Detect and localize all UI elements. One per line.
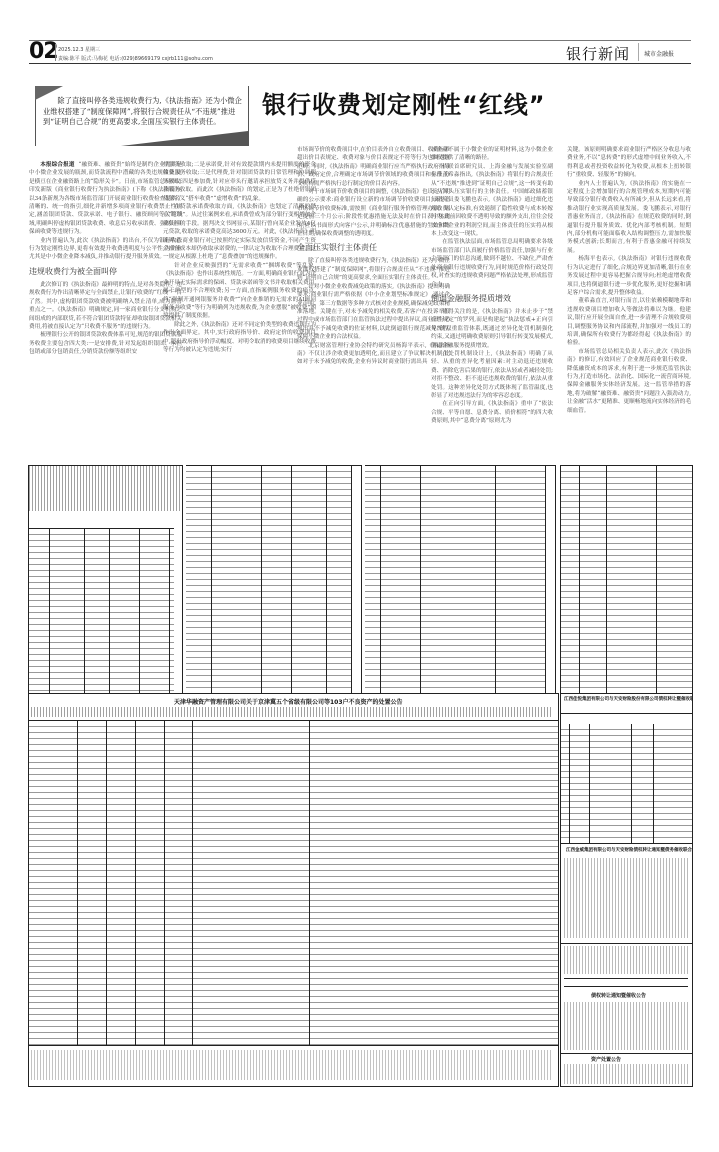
paragraph: 排服务收取;二是承诺费,针对有效提款期内未提用额度的资金储备服务收取;三是代理费… bbox=[163, 161, 316, 203]
article-headline: 银行收费划定刚性“红线” bbox=[262, 85, 546, 120]
byline: 本报综合报道 bbox=[40, 162, 74, 168]
notice-table bbox=[561, 724, 692, 844]
article-column-2: 排服务收取;二是承诺费,针对有效提款期内未提用额度的资金储备服务收取;三是代理费… bbox=[163, 161, 316, 354]
editor-credits: 责编:陈平 版式:马梅花 电话:(029)89669179 cxjrb111@s… bbox=[58, 55, 213, 62]
lead-summary: 除了直接叫停各类违规收费行为,《执法指南》还为小微企业维权搭建了“制度保障网”,… bbox=[43, 96, 243, 128]
paragraph: 在贷款承诺费收取方面,《执法指南》也划定了清晰的禁止“红线”。从过往案例来看,承… bbox=[163, 203, 316, 262]
right-notice-4: 资产处置公告 bbox=[560, 1053, 693, 1087]
paragraph: 在处罚机制设计上,《执法指南》明确了从轻、从重的差异化考量因素:对主动退还违规收… bbox=[431, 350, 553, 400]
paragraph: 此次修订的《执法指南》最鲜明的特点,是对各类隐性、违规收费行为作出清晰界定与全面… bbox=[29, 281, 182, 331]
legal-notice-block-2 bbox=[186, 465, 362, 695]
masthead-separator bbox=[55, 44, 56, 61]
section-title: 银行新闻 bbox=[566, 43, 630, 64]
paragraph: 值得关注的是,《执法指南》并未止步于“禁止性规定”的罗列,而是构建起“执法惩戒+… bbox=[431, 308, 553, 350]
notice-table bbox=[561, 466, 692, 694]
notice-table bbox=[29, 720, 558, 1046]
paragraph: 市场调节价的收费项目中,在价目表外自立收费项目、收费标准超出价目表规定、收费对象… bbox=[297, 146, 450, 188]
legal-notice-block-4 bbox=[560, 465, 693, 695]
notice-title: 债权转让通知暨催收公告 bbox=[591, 992, 646, 999]
paragraph: 董希淼直言,对银行而言,以往依赖模糊地带和违规收费项目增加收入等做法将难以为继。… bbox=[567, 297, 691, 347]
paragraph: 本报综合报道 “融资难、融资贵”始终是制约企业尤其是中小微企业发展的瓶颈,而贷款… bbox=[29, 161, 182, 237]
paragraph: 业内普遍认为,此次《执法指南》的出台,不仅为银行收费行为划定刚性边界,更将有效提… bbox=[29, 237, 182, 262]
paragraph: 除此之外,《执法指南》还对不同定价类型的收费违规行为作出全面界定。其中,实行政府… bbox=[163, 321, 316, 355]
article-column-5: 关键。该原则明确要求商业银行严格区分收息与收费业务,不以“息转费”的形式虚增中间… bbox=[567, 146, 691, 415]
paragraph: 关键。该原则明确要求商业银行严格区分收息与收费业务,不以“息转费”的形式虚增中间… bbox=[567, 146, 691, 180]
article-column-4: 该企业不属于小微企业的证明材料,这为小微企业维权提供了清晰的路径。 招联首席研究… bbox=[431, 146, 553, 426]
issue-date: 2025.12.3 星期三 bbox=[58, 46, 100, 53]
article-column-3: 市场调节价的收费项目中,在价目表外自立收费项目、收费标准超出价目表规定、收费对象… bbox=[297, 146, 450, 367]
paragraph: 市场监管总局相关负责人表示,此次《执法指南》的修订,有效回应了企业规范商业银行收… bbox=[567, 348, 691, 415]
notice-title: 资产处置公告 bbox=[591, 1056, 621, 1063]
paragraph: 该企业不属于小微企业的证明材料,这为小微企业维权提供了清晰的路径。 bbox=[431, 146, 553, 163]
paragraph: 对于市场调节价收费项目的调整,《执法指南》也设定了明确的公示要求:商业银行设立新… bbox=[297, 188, 450, 238]
paragraph: 北京财富管理行业协会特约研究员杨海平表示,《执法指南》不仅让涉企收费更加透明化,… bbox=[297, 342, 450, 367]
paragraph: 招联首席研究员、上海金融与发展实验室副主任董希淼指出,《执法指南》将银行的合规责… bbox=[431, 163, 553, 239]
legal-notice-block-3 bbox=[365, 465, 556, 695]
paragraph: 杨海平也表示,《执法指南》对银行违规收费行为认定进行了细化,合规边界更加清晰,银… bbox=[567, 255, 691, 297]
paragraph: 针对企业反映强烈的“无需求收费”“捆绑收费”等乱象,《执法指南》也作出系统性规范… bbox=[163, 262, 316, 321]
lead-box-corner-bottom bbox=[121, 131, 248, 146]
notice-title: 江西金威集团有限公司与天安财险债权转让通知暨债务催收联合公告 bbox=[566, 847, 693, 853]
paragraph: 业内人士普遍认为,《执法指南》的实施在一定程度上会增加银行的合规管理成本,短期内… bbox=[567, 180, 691, 256]
paragraph: 在监管执法层面,市场监管总局明确要求各级市场监管部门认真履行价格监管责任,加强与… bbox=[431, 238, 553, 288]
subheading: 全面压实银行主体责任 bbox=[297, 243, 450, 253]
paragraph: 梳理银行公开的银团贷款收费体系可见,规范的银团贷款服务收费主要包含四大类:一是安… bbox=[29, 331, 182, 356]
paragraph: 除了直接叫停各类违规收费行为,《执法指南》还为小微企业维权搭建了“制度保障网”,… bbox=[297, 257, 450, 282]
masthead-top-rule bbox=[29, 40, 691, 41]
right-notice-1: 江西佳悦集团有限公司与天安财险股份有限公司债权转让暨催收联合公告 bbox=[560, 693, 693, 715]
notice-table bbox=[365, 466, 545, 694]
article-column-1: 本报综合报道 “融资难、融资贵”始终是制约企业尤其是中小微企业发展的瓶颈,而贷款… bbox=[29, 161, 182, 451]
asset-disposal-notice: 天津华融资产管理有限公司关于京津冀五个省级有限公司等103户不良资产的处置公告 bbox=[28, 693, 559, 1087]
page-number: 02 bbox=[29, 42, 58, 62]
right-notice-3: 债权转让通知暨催收公告 bbox=[560, 943, 693, 1055]
notice-title: 江西佳悦集团有限公司与天安财险股份有限公司债权转让暨催收联合公告 bbox=[564, 696, 693, 702]
right-notice-2: 江西金威集团有限公司与天安财险债权转让通知暨债务催收联合公告 bbox=[560, 843, 693, 945]
newspaper-name: 城市金融报 bbox=[644, 49, 674, 58]
notice-title: 天津华融资产管理有限公司关于京津冀五个省级有限公司等103户不良资产的处置公告 bbox=[174, 697, 403, 706]
subheading: 违规收费行为被全面叫停 bbox=[29, 267, 182, 277]
subheading: 倒逼金融服务提质增效 bbox=[431, 294, 553, 304]
section-separator bbox=[638, 43, 639, 61]
paragraph: 在正向引导方面,《执法指南》重申了“依法合规、平等自愿、息费分离、质价相符”的四… bbox=[431, 400, 553, 425]
right-notice-table bbox=[560, 713, 693, 845]
notice-table bbox=[29, 528, 174, 695]
legal-notice-block-1 bbox=[28, 465, 183, 695]
paragraph: 针对小微企业收费减免政策的落实,《执法指南》提出明确要求:商业银行需严格依据《中… bbox=[297, 283, 450, 342]
